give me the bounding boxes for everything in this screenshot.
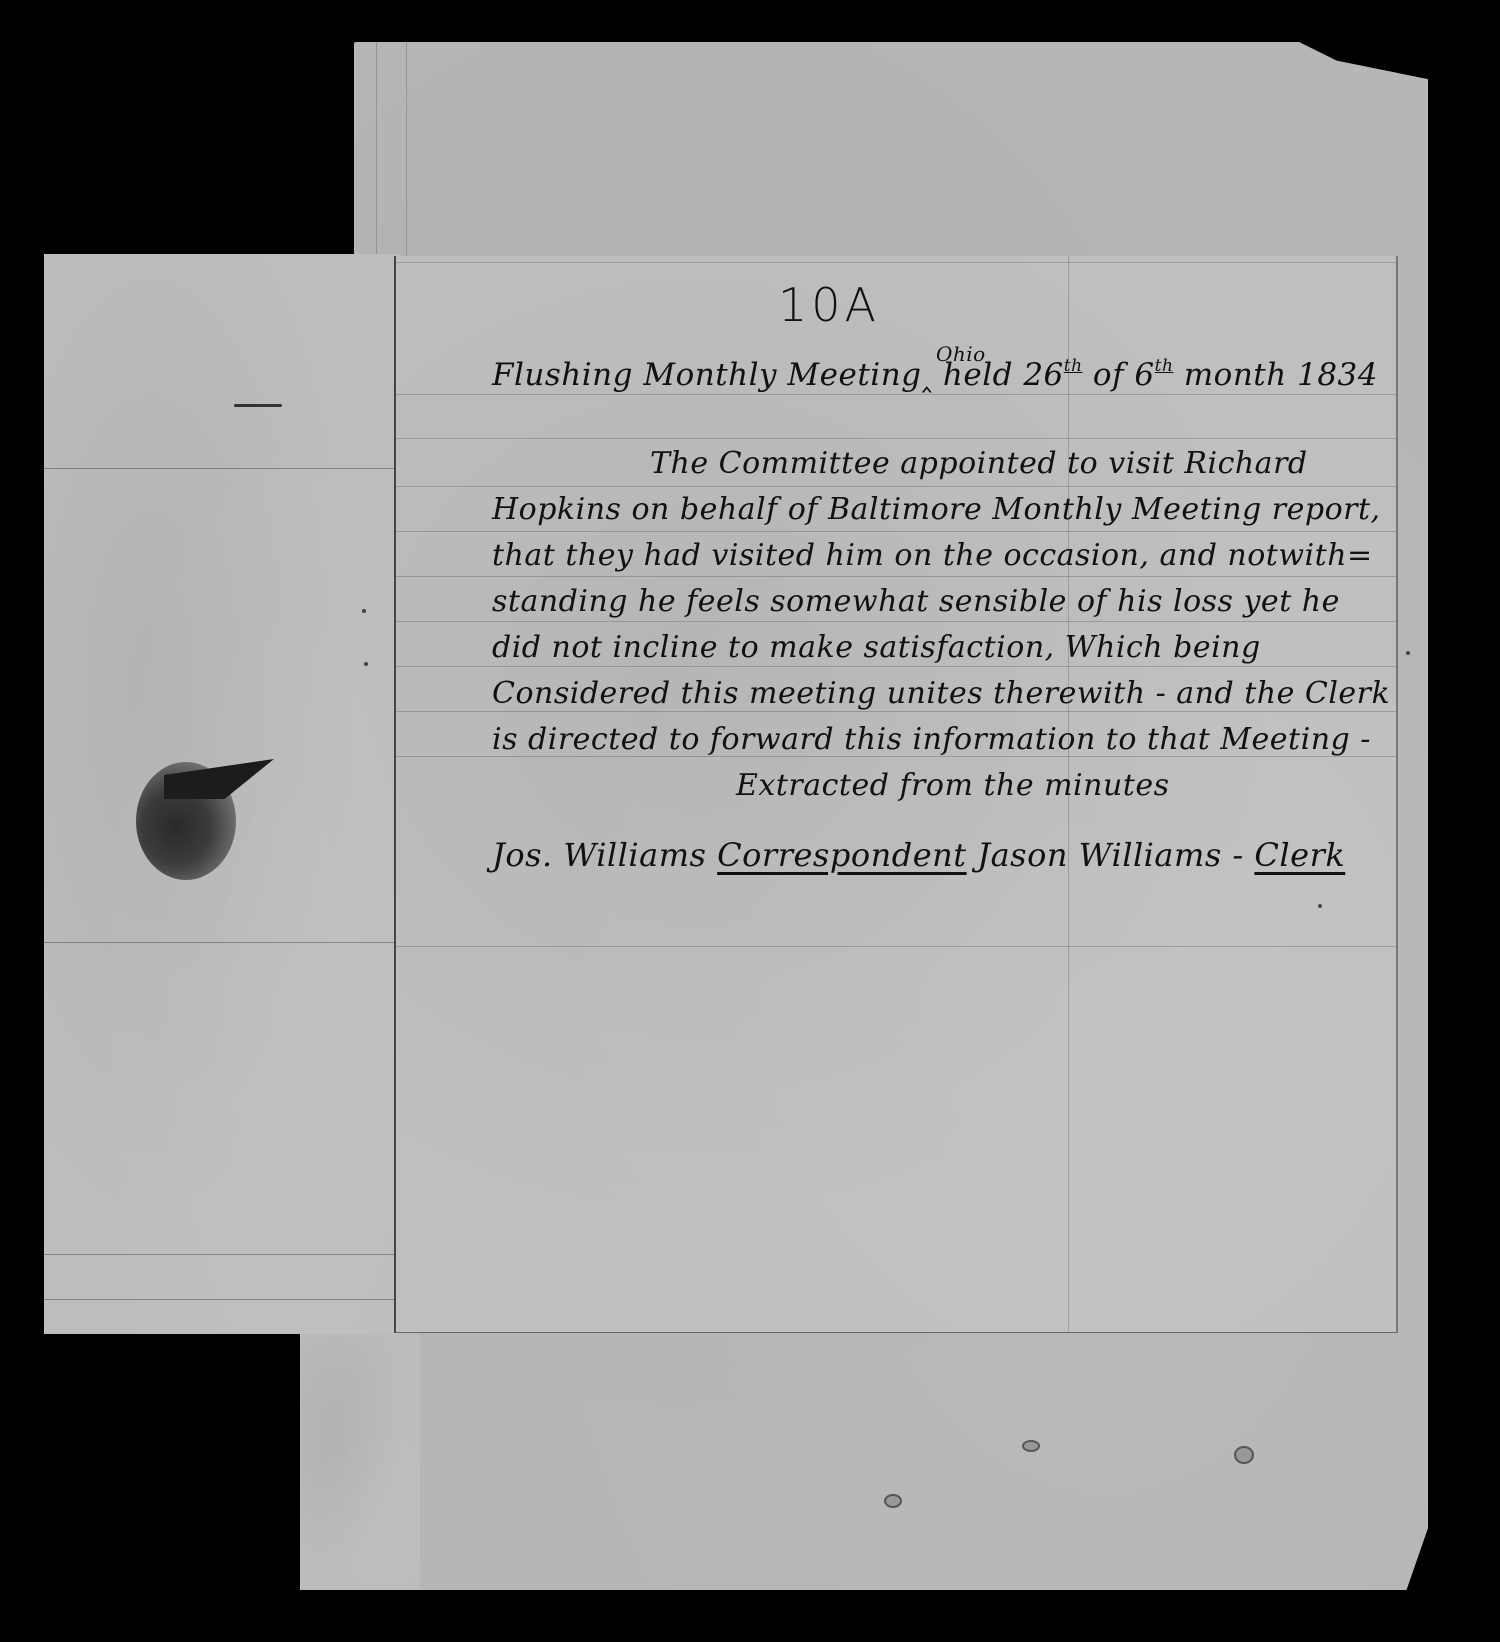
ruled-line: [396, 394, 1396, 395]
fold-crease: [44, 942, 400, 943]
attestation: Extracted from the minutes: [736, 768, 1170, 803]
ink-mark: [234, 404, 282, 407]
body-line-6: Considered this meeting unites therewith…: [492, 676, 1390, 711]
ruled-line: [396, 621, 1396, 622]
fold-crease: [44, 1299, 400, 1300]
ink-speck: [364, 662, 368, 666]
of-month: of 6: [1093, 357, 1155, 393]
ink-speck: [1318, 904, 1322, 908]
day-suffix: th: [1064, 356, 1083, 376]
month-word: month: [1184, 357, 1287, 393]
archive-number: 10A: [778, 278, 880, 332]
correspondent-title: Correspondent: [717, 836, 966, 874]
heading-line: Flushing Monthly Meeting‸ held 26th of 6…: [492, 356, 1378, 393]
letter-sheet: 10A Ohio Flushing Monthly Meeting‸ held …: [394, 256, 1398, 1333]
ruled-line: [396, 946, 1396, 947]
month-suffix: th: [1155, 356, 1174, 376]
clerk-signature: Jason Williams -: [977, 836, 1243, 874]
body-line-5: did not incline to make satisfaction, Wh…: [492, 630, 1261, 665]
fold-crease: [44, 468, 400, 469]
ink-speck: [1406, 651, 1410, 655]
body-line-1: The Committee appointed to visit Richard: [650, 446, 1308, 481]
body-line-3: that they had visited him on the occasio…: [492, 538, 1373, 573]
ruled-line: [396, 711, 1396, 712]
body-line-2: Hopkins on behalf of Baltimore Monthly M…: [492, 492, 1381, 527]
ruled-line: [396, 576, 1396, 577]
left-flap: [44, 254, 400, 1334]
back-sheet-lower-edge: [300, 1330, 420, 1590]
fold-crease: [44, 1254, 400, 1255]
ink-speck: [362, 609, 366, 613]
ruled-line: [396, 666, 1396, 667]
ruled-line: [396, 438, 1396, 439]
paper-stain: [1234, 1446, 1254, 1464]
paper-stain: [1022, 1440, 1040, 1452]
held-day: held 26: [943, 357, 1064, 393]
year: 1834: [1297, 357, 1378, 393]
ruled-line: [396, 262, 1396, 263]
body-line-7: is directed to forward this information …: [492, 722, 1371, 757]
body-line-4: standing he feels somewhat sensible of h…: [492, 584, 1340, 619]
meeting-name: Flushing Monthly Meeting: [492, 357, 922, 393]
signature-line: Jos. Williams Correspondent Jason Willia…: [492, 836, 1345, 874]
clerk-title: Clerk: [1254, 836, 1345, 874]
correspondent-signature: Jos. Williams: [492, 836, 706, 874]
ruled-line: [396, 531, 1396, 532]
paper-stain: [884, 1494, 902, 1508]
ruled-line: [396, 486, 1396, 487]
caret-mark: ‸: [922, 357, 933, 393]
